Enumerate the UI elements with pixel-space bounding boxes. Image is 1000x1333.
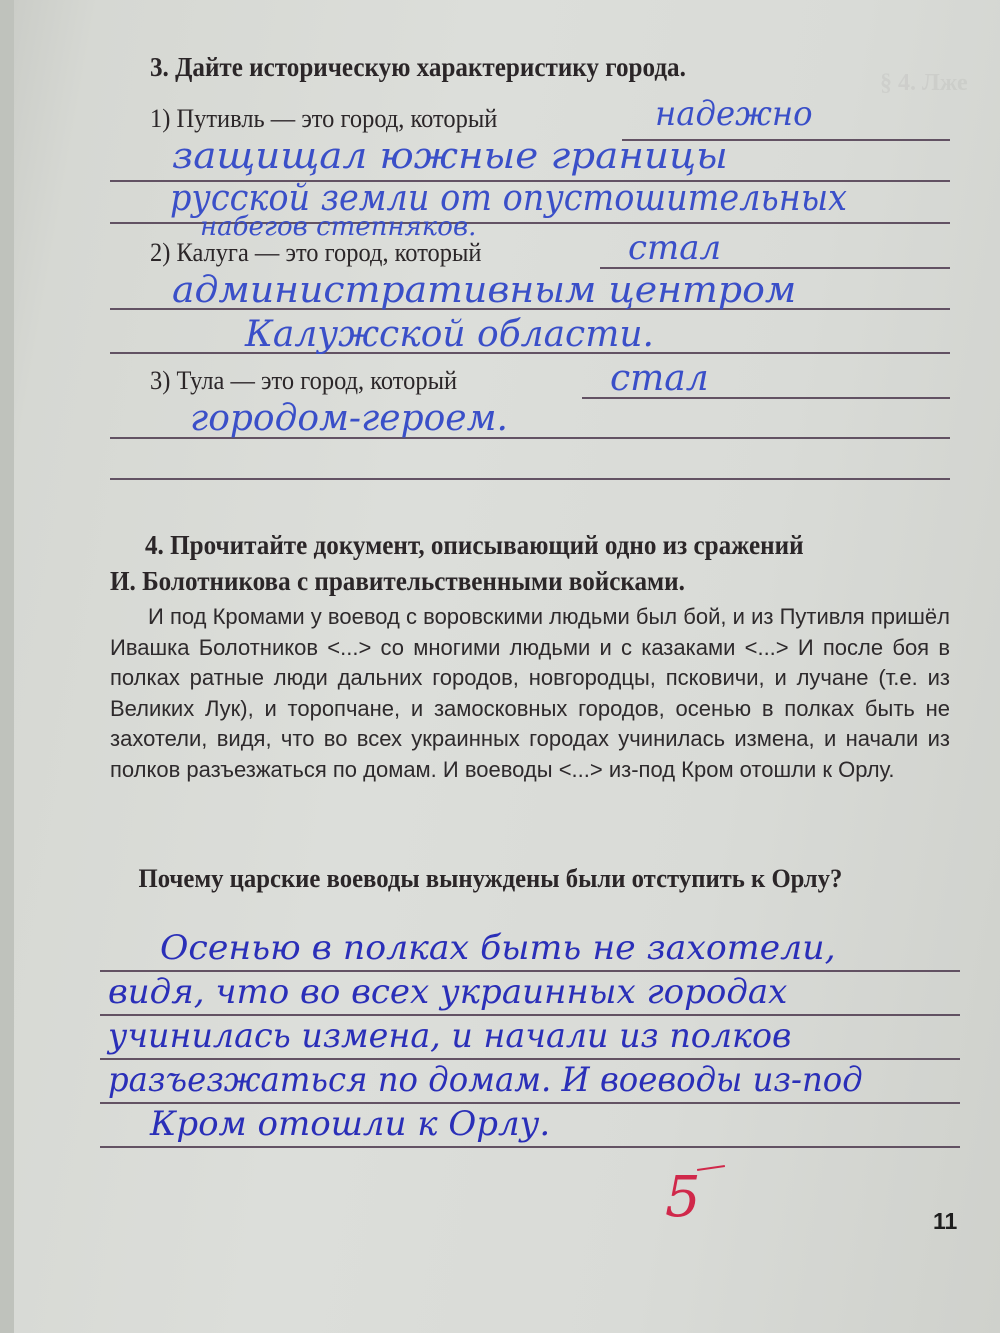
handwritten-answer: защищал южные границы: [172, 136, 728, 177]
handwritten-answer: административным центром: [172, 270, 796, 311]
handwritten-answer: видя, что во всех украинных городах: [108, 972, 787, 1012]
handwritten-answer: Осенью в полках быть не захотели,: [160, 928, 836, 968]
task3-heading: 3. Дайте историческую характеристику гор…: [150, 52, 686, 83]
handwritten-answer: надежно: [655, 94, 813, 134]
handwritten-answer: стал: [610, 358, 709, 399]
handwritten-answer: учинилась измена, и начали из полков: [108, 1016, 791, 1056]
task3-item1-prompt: 1) Путивль — это город, который: [150, 104, 497, 134]
page-number: 11: [933, 1208, 957, 1235]
task4-question: Почему царские воеводы вынуждены были от…: [110, 862, 918, 896]
answer-line: [110, 478, 950, 480]
handwritten-answer: стал: [628, 228, 721, 268]
task3-item3-prompt: 3) Тула — это город, который: [150, 366, 457, 396]
page-binding-edge: [0, 0, 14, 1333]
handwritten-answer: Калужской области.: [245, 314, 654, 355]
task3-item2-prompt: 2) Калуга — это город, который: [150, 238, 481, 268]
document-paragraph: И под Кромами у воевод с воровскими людь…: [110, 602, 950, 785]
handwritten-answer: Кром отошли к Орлу.: [150, 1104, 550, 1144]
historical-document: И под Кромами у воевод с воровскими людь…: [110, 602, 950, 785]
task4-heading-line2: И. Болотникова с правительственными войс…: [110, 566, 685, 597]
handwritten-answer: разъезжаться по домам. И воеводы из-под: [108, 1060, 863, 1100]
show-through-text: § 4. Лже: [880, 70, 968, 97]
teacher-grade: 5: [665, 1165, 701, 1230]
task4-heading-line1: 4. Прочитайте документ, описывающий одно…: [145, 530, 804, 561]
grade-mark-stroke: [697, 1165, 725, 1171]
answer-line: [100, 1146, 960, 1148]
handwritten-answer: городом-героем.: [190, 398, 508, 439]
